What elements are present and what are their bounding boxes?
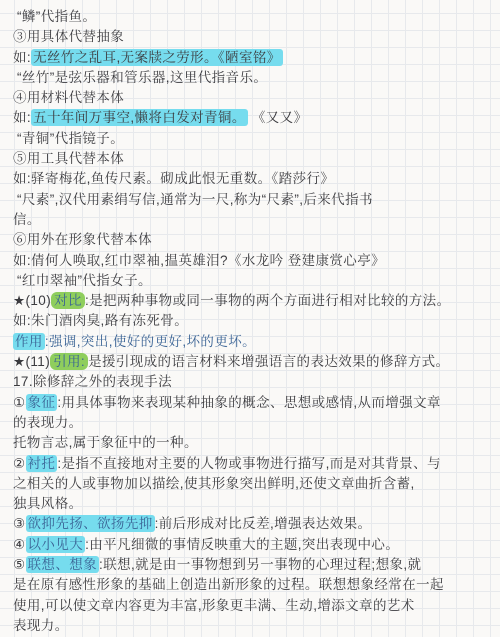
text-segment: 使用,可以使文章内容更为丰富,形象更丰满、生动,增添文章的艺术 bbox=[13, 598, 415, 613]
text-segment: ⑤用工具代替本体 bbox=[13, 151, 124, 166]
note-line: “尺素”,汉代用素绢写信,通常为一尺,称为“尺素”,后来代指书 bbox=[13, 190, 494, 210]
note-line: 是在原有感性形象的基础上创造出新形象的过程。联想想象经常在一起 bbox=[13, 575, 494, 595]
text-segment: ③用具体代替抽象 bbox=[13, 29, 124, 44]
text-segment: ② bbox=[13, 456, 26, 471]
text-segment: 表现力。 bbox=[13, 618, 69, 633]
text-segment: ④用材料代替本体 bbox=[13, 90, 124, 105]
text-segment: “丝竹”是弦乐器和管乐器,这里代指音乐。 bbox=[17, 70, 267, 85]
text-segment: ④ bbox=[13, 537, 26, 552]
text-segment: “红巾翠袖”代指女子。 bbox=[17, 273, 152, 288]
text-segment: 如:倩何人唤取,红巾翠袖,揾英雄泪?《水龙吟 登建康赏心亭》 bbox=[13, 253, 385, 268]
note-line: “青铜”代指镜子。 bbox=[13, 129, 494, 149]
note-line: 之相关的人或事物加以描绘,使其形象突出鲜明,还使文章曲折含蓄, bbox=[13, 474, 494, 494]
note-line: ⑤联想、想象:联想,就是由一事物想到另一事物的心理过程;想象,就 bbox=[13, 555, 494, 575]
note-line: ④用材料代替本体 bbox=[13, 88, 494, 108]
text-segment: 如: bbox=[13, 110, 31, 125]
text-segment: ⑤ bbox=[13, 557, 26, 572]
text-segment: :前后形成对比反差,增强表达效果。 bbox=[155, 516, 372, 531]
note-line: 独具风格。 bbox=[13, 494, 494, 514]
note-line: 使用,可以使文章内容更为丰富,形象更丰满、生动,增添文章的艺术 bbox=[13, 596, 494, 616]
text-segment: 之相关的人或事物加以描绘,使其形象突出鲜明,还使文章曲折含蓄, bbox=[13, 476, 415, 491]
note-line: ★(10)对比:是把两种事物或同一事物的两个方面进行相对比较的方法。 bbox=[13, 291, 494, 311]
text-segment: “鳞”代指鱼。 bbox=[17, 9, 96, 24]
text-segment: 独具风格。 bbox=[13, 496, 83, 511]
text-segment: “青铜”代指镜子。 bbox=[17, 131, 124, 146]
text-segment: ① bbox=[13, 395, 26, 410]
note-line: 如:无丝竹之乱耳,无案牍之劳形。《陋室铭》 bbox=[13, 48, 494, 68]
note-lines: “鳞”代指鱼。③用具体代替抽象如:无丝竹之乱耳,无案牍之劳形。《陋室铭》“丝竹”… bbox=[13, 7, 494, 636]
note-line: “丝竹”是弦乐器和管乐器,这里代指音乐。 bbox=[13, 68, 494, 88]
note-line: ④以小见大:由平凡细微的事情反映重大的主题,突出表现中心。 bbox=[13, 535, 494, 555]
text-segment: 是援引现成的语言材料来增强语言的表达效果的修辞方式。 bbox=[88, 354, 449, 369]
text-segment: 如:朱门酒肉臭,路有冻死骨。 bbox=[13, 313, 188, 328]
note-line: 如:五十年间万事空,懒将白发对青铜。 《又又》 bbox=[13, 108, 494, 128]
text-segment: ★(10) bbox=[13, 293, 51, 308]
text-segment: 17.除修辞之外的表现手法 bbox=[13, 374, 172, 389]
note-line: 如:倩何人唤取,红巾翠袖,揾英雄泪?《水龙吟 登建康赏心亭》 bbox=[13, 251, 494, 271]
text-segment: :由平凡细微的事情反映重大的主题,突出表现中心。 bbox=[85, 537, 399, 552]
note-line: ★(11)引用:是援引现成的语言材料来增强语言的表达效果的修辞方式。 bbox=[13, 352, 494, 372]
highlighted-text: 象征 bbox=[26, 394, 58, 411]
text-segment: “尺素”,汉代用素绢写信,通常为一尺,称为“尺素”,后来代指书 bbox=[17, 192, 373, 207]
highlighted-text: 衬托 bbox=[26, 455, 58, 472]
text-segment: ★(11) bbox=[13, 354, 50, 369]
text-segment: 是在原有感性形象的基础上创造出新形象的过程。联想想象经常在一起 bbox=[13, 577, 444, 592]
note-line: 17.除修辞之外的表现手法 bbox=[13, 372, 494, 392]
highlighted-text: 无丝竹之乱耳,无案牍之劳形。《陋室铭》 bbox=[31, 49, 283, 66]
text-segment: :用具体事物来表现某种抽象的概念、思想或感情,从而增强文章 bbox=[57, 395, 441, 410]
text-segment: :是指不直接地对主要的人物或事物进行描写,而是对其背景、与 bbox=[57, 456, 441, 471]
text-segment: ⑥用外在形象代替本体 bbox=[13, 232, 152, 247]
text-segment: 《又又》 bbox=[248, 110, 308, 125]
highlighted-text: 作用 bbox=[13, 333, 45, 350]
text-segment: :强调,突出,使好的更好,坏的更坏。 bbox=[45, 334, 256, 349]
note-line: ③欲抑先扬、欲扬先抑:前后形成对比反差,增强表达效果。 bbox=[13, 514, 494, 534]
text-segment: :联想,就是由一事物想到另一事物的心理过程;想象,就 bbox=[99, 557, 421, 572]
text-segment: 的表现力。 bbox=[13, 415, 83, 430]
text-segment: 如:驿寄梅花,鱼传尺素。砌成此恨无重数。《踏莎行》 bbox=[13, 171, 334, 186]
note-line: “鳞”代指鱼。 bbox=[13, 7, 494, 27]
note-line: 如:驿寄梅花,鱼传尺素。砌成此恨无重数。《踏莎行》 bbox=[13, 169, 494, 189]
note-line: ⑥用外在形象代替本体 bbox=[13, 230, 494, 250]
highlighted-text: 联想、想象 bbox=[26, 556, 100, 573]
highlighted-text: 引用: bbox=[50, 353, 88, 370]
note-line: ①象征:用具体事物来表现某种抽象的概念、思想或感情,从而增强文章 bbox=[13, 393, 494, 413]
note-line: 表现力。 bbox=[13, 616, 494, 636]
text-segment: 如: bbox=[13, 50, 31, 65]
text-segment: 托物言志,属于象征中的一种。 bbox=[13, 435, 198, 450]
note-line: 作用:强调,突出,使好的更好,坏的更坏。 bbox=[13, 332, 494, 352]
text-segment: ③ bbox=[13, 516, 26, 531]
note-line: 的表现力。 bbox=[13, 413, 494, 433]
highlighted-text: 欲抑先扬、欲扬先抑 bbox=[26, 515, 155, 532]
text-segment: :是把两种事物或同一事物的两个方面进行相对比较的方法。 bbox=[85, 293, 451, 308]
note-line: 信。 bbox=[13, 210, 494, 230]
note-line: 如:朱门酒肉臭,路有冻死骨。 bbox=[13, 311, 494, 331]
note-line: ⑤用工具代替本体 bbox=[13, 149, 494, 169]
notebook-page: “鳞”代指鱼。③用具体代替抽象如:无丝竹之乱耳,无案牍之劳形。《陋室铭》“丝竹”… bbox=[0, 0, 500, 637]
note-line: 托物言志,属于象征中的一种。 bbox=[13, 433, 494, 453]
note-line: ②衬托:是指不直接地对主要的人物或事物进行描写,而是对其背景、与 bbox=[13, 454, 494, 474]
highlighted-text: 五十年间万事空,懒将白发对青铜。 bbox=[31, 109, 248, 126]
note-line: ③用具体代替抽象 bbox=[13, 27, 494, 47]
highlighted-text: 对比 bbox=[51, 292, 85, 309]
highlighted-text: 以小见大 bbox=[26, 536, 86, 553]
text-segment: 信。 bbox=[13, 212, 41, 227]
note-line: “红巾翠袖”代指女子。 bbox=[13, 271, 494, 291]
